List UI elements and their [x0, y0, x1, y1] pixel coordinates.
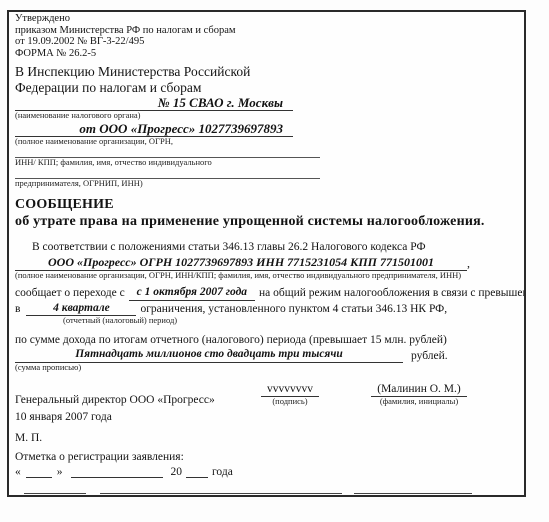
inspection-name-field: № 15 СВАО г. Москвы	[15, 95, 293, 111]
organization-line: ООО «Прогресс» ОГРН 1027739697893 ИНН 77…	[15, 255, 514, 271]
addressee-line-1: В Инспекцию Министерства Российской	[15, 64, 514, 80]
registration-sign-caption: (подпись)	[24, 494, 86, 497]
registration-official-column: (фамилия, инициалы должностного лица нал…	[100, 482, 342, 497]
approval-line-1: Утверждено	[15, 13, 514, 25]
registration-year-prefix: 20	[171, 466, 183, 478]
transition-date-field: с 1 октября 2007 года	[129, 285, 255, 301]
approval-line-2: приказом Министерства РФ по налогам и сб…	[15, 25, 514, 37]
registration-bottom-row: (подпись) (фамилия, инициалы должностног…	[15, 482, 514, 497]
signer-role: Генеральный директор ООО «Прогресс»	[15, 394, 249, 406]
addressee-line-2: Федерации по налогам и сборам	[15, 80, 514, 96]
signer-name-field: (Малинин О. М.)	[371, 382, 467, 397]
period-line: в 4 квартале ограничения, установленного…	[15, 301, 514, 317]
approval-form-number: ФОРМА № 26.2-5	[15, 48, 514, 60]
signature-field: vvvvvvvv	[261, 382, 319, 397]
organization-caption: (полное наименование организации, ОГРН, …	[15, 271, 514, 281]
registration-month-blank	[71, 465, 163, 478]
registration-date-line: « » 20 года	[15, 465, 514, 478]
document-title-line-1: СООБЩЕНИЕ	[15, 197, 514, 214]
organization-field: ООО «Прогресс» ОГРН 1027739697893 ИНН 77…	[15, 255, 467, 271]
applicant-caption-2: ИНН/ КПП; фамилия, имя, отчество индивид…	[15, 158, 514, 168]
registration-year-suffix: года	[212, 466, 233, 478]
period-field: 4 квартале	[26, 301, 136, 317]
signature-row: Генеральный директор ООО «Прогресс» vvvv…	[15, 382, 514, 407]
document-title-line-2: об утрате права на применение упрощенной…	[15, 214, 514, 231]
registration-sign-column: (подпись)	[24, 482, 86, 497]
amount-in-words-field: Пятнадцать миллионов сто двадцать три ты…	[15, 347, 403, 363]
signer-name-column: (Малинин О. М.) (фамилия, инициалы)	[371, 382, 467, 407]
transition-line: сообщает о переходе с с 1 октября 2007 г…	[15, 285, 514, 301]
registration-stamp-caption: (штамп налогового органа)	[354, 494, 472, 497]
signer-name-caption: (фамилия, инициалы)	[380, 397, 458, 407]
applicant-blank-line-2	[15, 167, 320, 179]
registration-year-blank	[186, 465, 208, 478]
registration-official-caption: (фамилия, инициалы должностного лица нал…	[100, 494, 342, 497]
legal-basis-line: В соответствии с положениями статьи 346.…	[15, 240, 514, 255]
transition-post-text: на общий режим налогообложения в связи с…	[259, 286, 526, 301]
amount-line: Пятнадцать миллионов сто двадцать три ты…	[15, 347, 514, 363]
signature-date: 10 января 2007 года	[15, 411, 514, 423]
income-line: по сумме дохода по итогам отчетного (нал…	[15, 333, 514, 348]
document-page: Утверждено приказом Министерства РФ по н…	[0, 0, 549, 522]
registration-quote-close: »	[57, 466, 63, 478]
amount-caption: (сумма прописью)	[15, 363, 514, 373]
applicant-blank-line-1	[15, 146, 320, 158]
addressee-block: В Инспекцию Министерства Российской Феде…	[15, 64, 514, 188]
transition-pre-text: сообщает о переходе с	[15, 286, 125, 301]
registration-stamp-column: (штамп налогового органа)	[354, 482, 472, 497]
body-block: В соответствии с положениями статьи 346.…	[15, 240, 514, 373]
applicant-caption-1: (полное наименование организации, ОГРН,	[15, 137, 514, 147]
approval-line-3: от 19.09.2002 № ВГ-3-22/495	[15, 36, 514, 48]
registration-title: Отметка о регистрации заявления:	[15, 451, 514, 463]
applicant-caption-3: предпринимателя, ОГРНИП, ИНН)	[15, 179, 514, 189]
approval-block: Утверждено приказом Министерства РФ по н…	[15, 13, 514, 59]
registration-day-blank	[26, 465, 52, 478]
document-title: СООБЩЕНИЕ об утрате права на применение …	[15, 197, 514, 230]
period-caption: (отчетный (налоговый) период)	[63, 316, 514, 326]
signature-column: vvvvvvvv (подпись)	[261, 382, 319, 407]
form-border-box: Утверждено приказом Министерства РФ по н…	[7, 10, 526, 497]
inspection-name-caption: (наименование налогового органа)	[15, 111, 514, 121]
organization-tail: ,	[467, 256, 470, 271]
seal-mark: М. П.	[15, 432, 514, 444]
signature-caption: (подпись)	[272, 397, 307, 407]
period-pre-text: в	[15, 302, 20, 317]
amount-suffix: рублей.	[411, 349, 448, 364]
period-post-text: ограничения, установленного пунктом 4 ст…	[140, 302, 447, 317]
applicant-name-field: от ООО «Прогресс» 1027739697893	[15, 121, 293, 137]
registration-quote-open: «	[15, 466, 21, 478]
